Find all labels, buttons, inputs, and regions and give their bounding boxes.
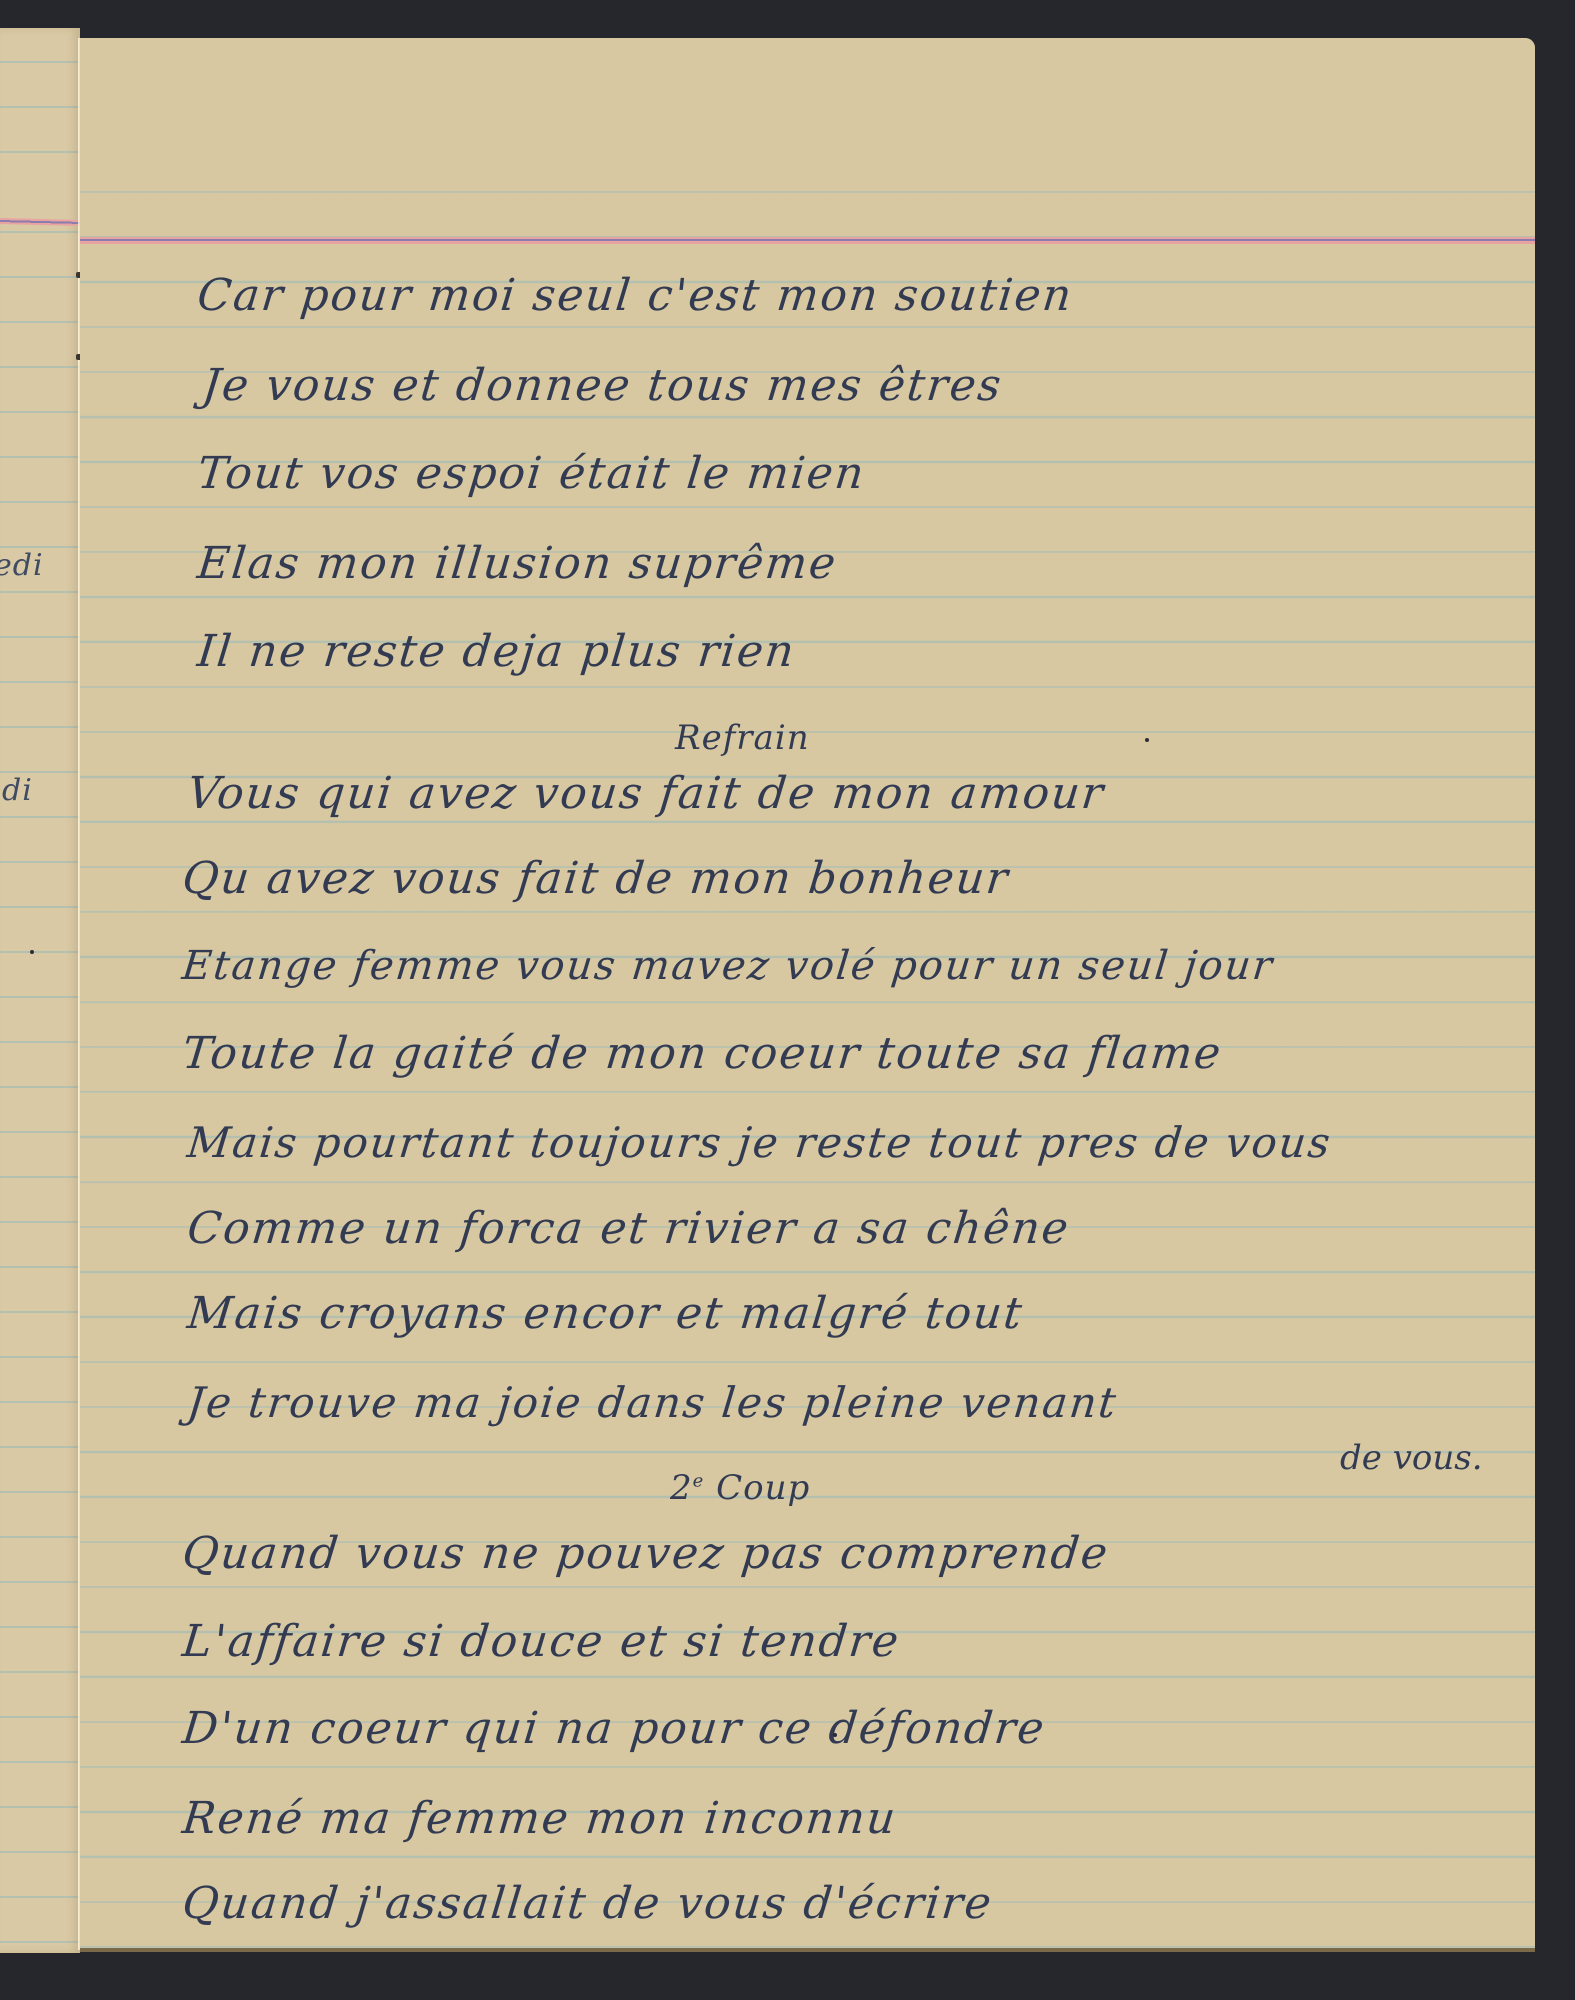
- handwritten-lyrics: Car pour moi seul c'est mon soutien Je v…: [80, 38, 1535, 1950]
- facing-page-header-rule: [0, 218, 80, 226]
- verse-1-line: Car pour moi seul c'est mon soutien: [195, 270, 1076, 321]
- verse-1-line: Je vous et donnee tous mes êtres: [200, 360, 1005, 411]
- page-bottom-edge: [80, 1948, 1535, 1952]
- refrain-line: Mais croyans encor et malgré tout: [185, 1288, 1026, 1339]
- refrain-heading: Refrain: [675, 718, 810, 758]
- refrain-line: Etange femme vous mavez volé pour un seu…: [180, 943, 1276, 989]
- notebook-page: Car pour moi seul c'est mon soutien Je v…: [80, 38, 1535, 1950]
- verse-1-line: Il ne reste deja plus rien: [195, 626, 798, 677]
- facing-page-edge: edi di: [0, 28, 80, 1953]
- refrain-line: Toute la gaité de mon coeur toute sa fla…: [180, 1028, 1225, 1079]
- verse-2-heading: 2e Coup: [670, 1468, 810, 1508]
- refrain-line: Mais pourtant toujours je reste tout pre…: [185, 1118, 1334, 1167]
- verse-1-line: Tout vos espoi était le mien: [195, 448, 868, 499]
- verse-2-line: René ma femme mon inconnu: [180, 1793, 900, 1844]
- refrain-line: Comme un forca et rivier a sa chêne: [185, 1203, 1073, 1254]
- verse-1-line: Elas mon illusion suprême: [195, 538, 840, 589]
- refrain-line: Vous qui avez vous fait de mon amour: [185, 768, 1107, 819]
- ink-dot: [833, 1733, 837, 1737]
- verse-2-line: D'un coeur qui na pour ce défondre: [180, 1703, 1048, 1754]
- refrain-line: Qu avez vous fait de mon bonheur: [180, 853, 1012, 904]
- verse-2-heading-number: 2: [670, 1468, 693, 1508]
- facing-page-fragment: di: [2, 773, 33, 808]
- verse-2-line: L'affaire si douce et si tendre: [180, 1616, 903, 1667]
- refrain-line: Je trouve ma joie dans les pleine venant: [185, 1378, 1120, 1427]
- verse-2-line: Quand j'assallait de vous d'écrire: [180, 1878, 996, 1929]
- verse-2-heading-superscript: e: [693, 1471, 705, 1492]
- verse-2-heading-word: Coup: [716, 1468, 810, 1508]
- ink-dot: [30, 950, 34, 954]
- facing-page-fragment: edi: [0, 548, 44, 583]
- refrain-continuation: de vous.: [1340, 1438, 1483, 1478]
- ink-dot: [1145, 738, 1149, 742]
- verse-2-line: Quand vous ne pouvez pas comprende: [180, 1528, 1112, 1579]
